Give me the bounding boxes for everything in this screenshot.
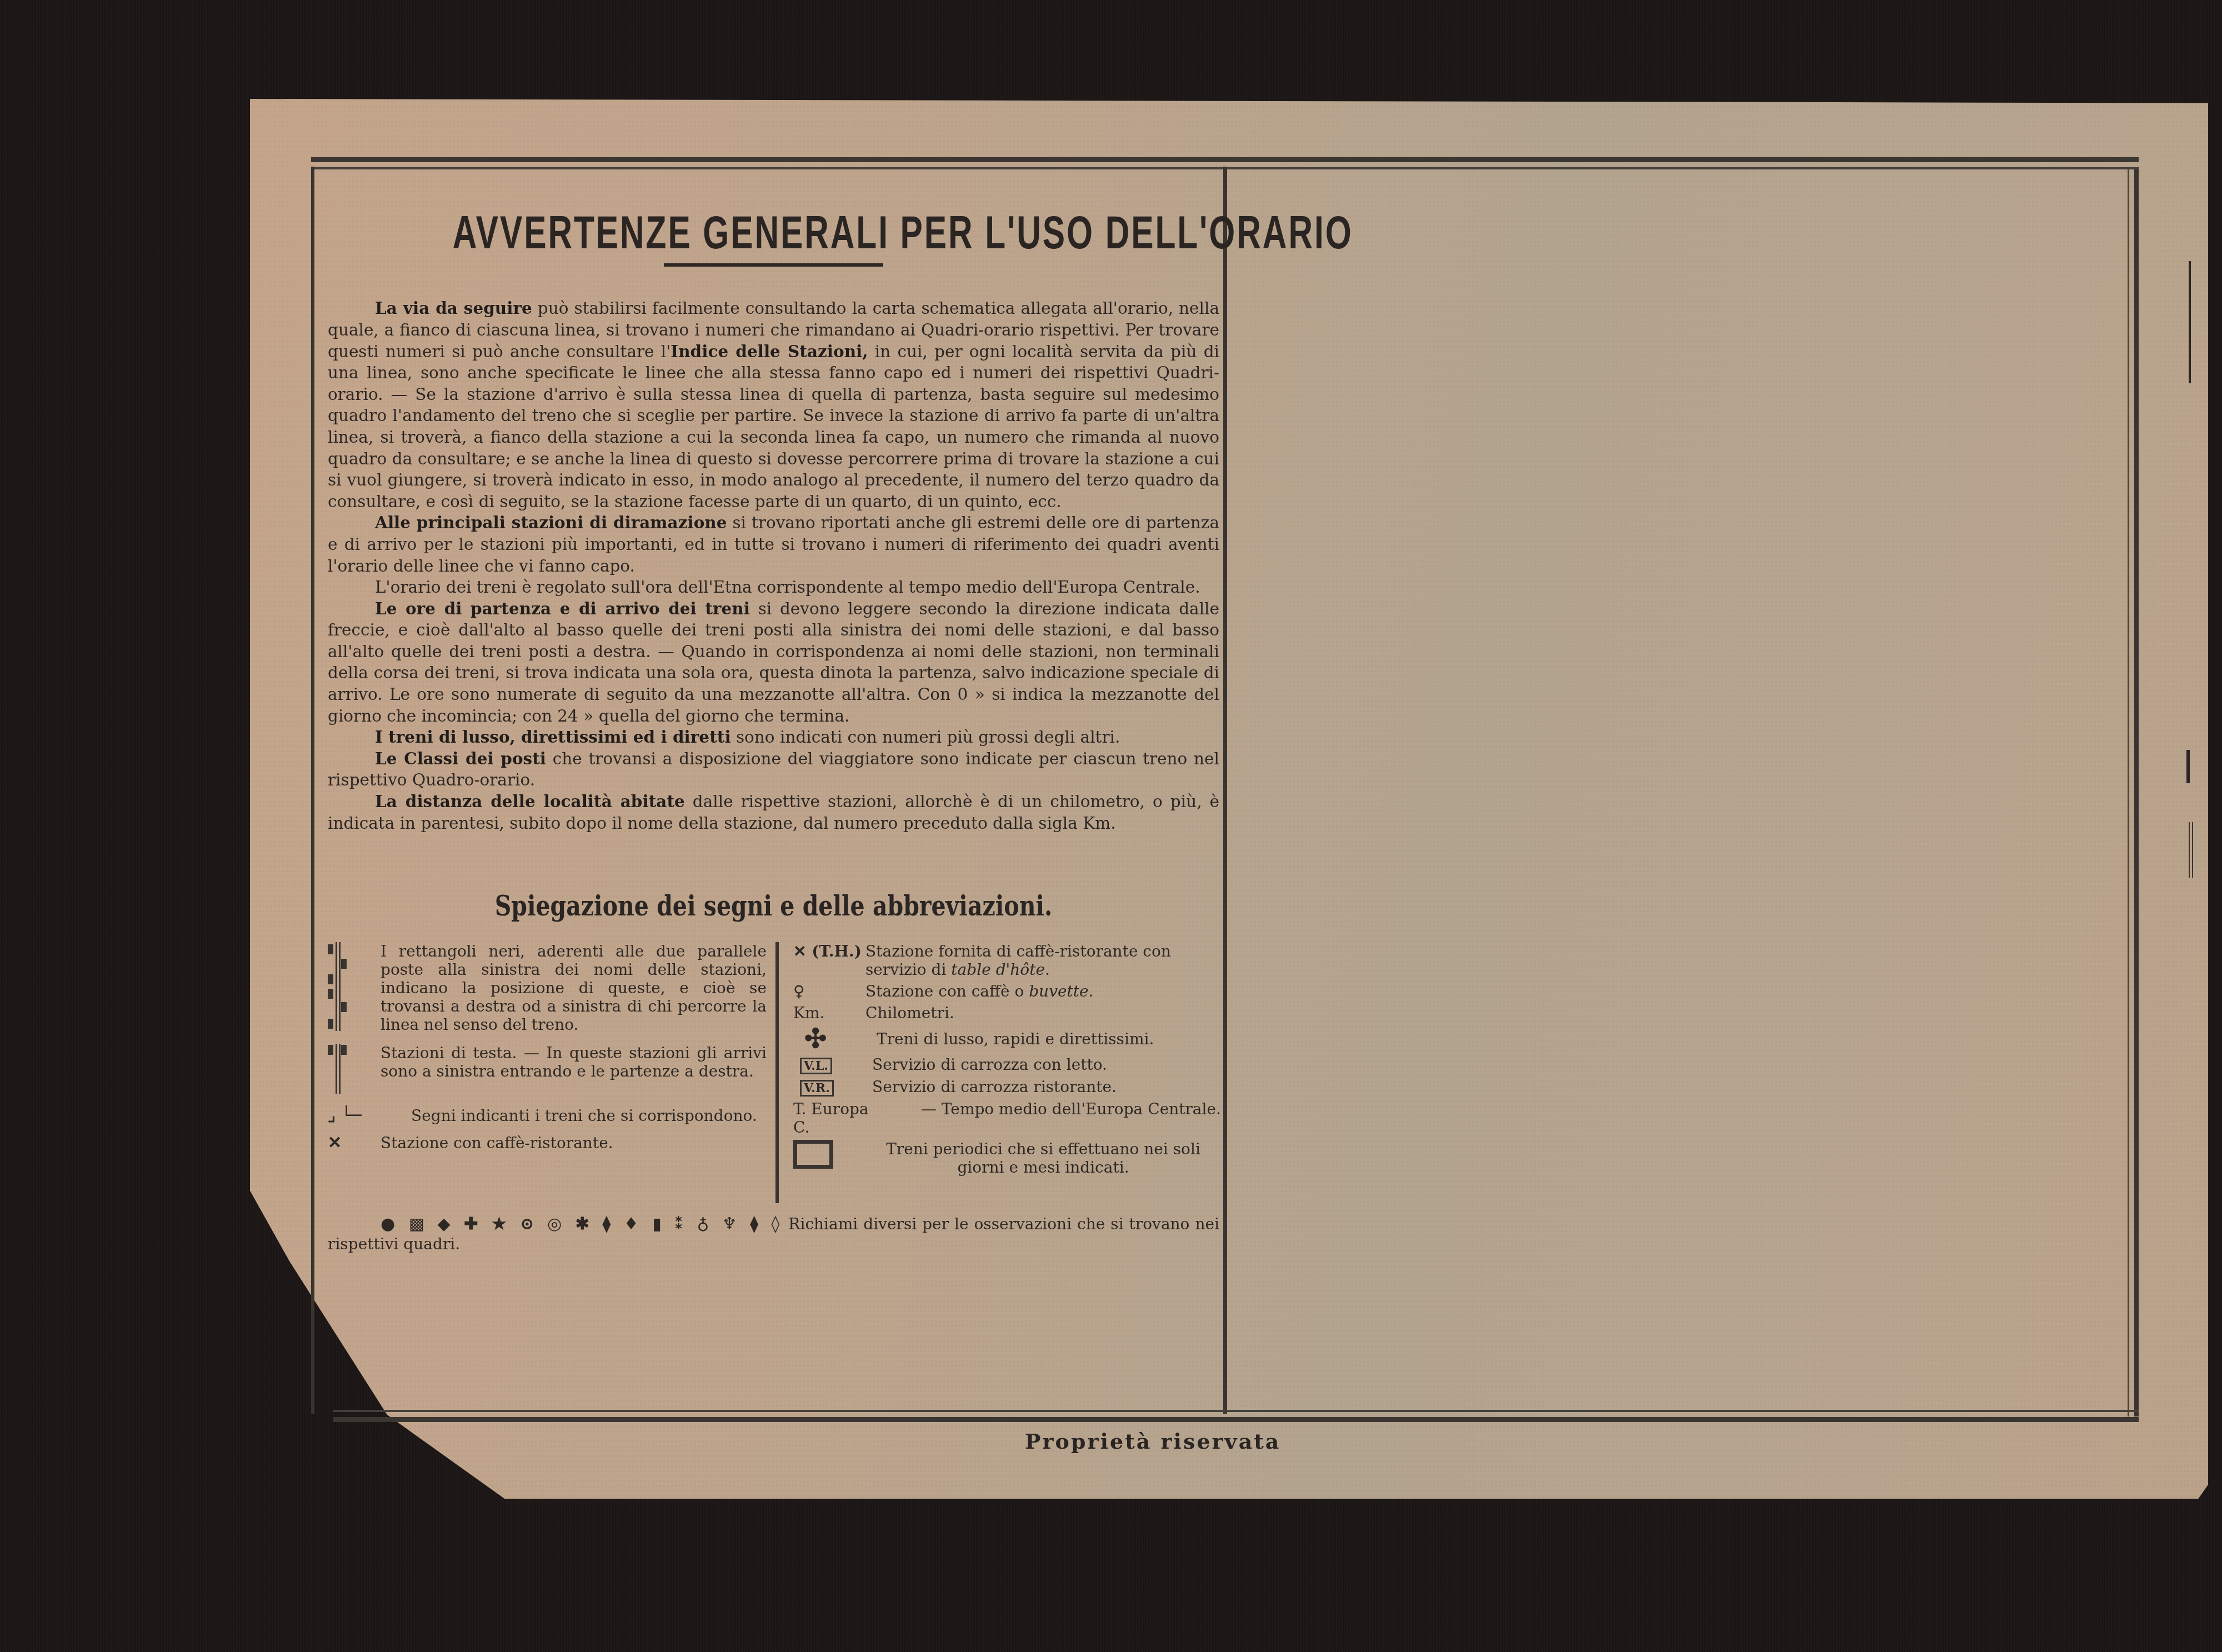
terminal-station-icon	[328, 1044, 381, 1098]
legend-item: V.L. Servizio di carrozza con letto.	[793, 1055, 1221, 1074]
footer-copyright: Proprietà riservata	[1025, 1429, 1280, 1454]
bottom-double-rule	[333, 1410, 2139, 1422]
legend-item: Km. Chilometri.	[793, 1004, 1221, 1022]
legend-description: I rettangoli neri, aderenti alle due par…	[381, 942, 767, 1035]
station-position-bars-icon	[328, 942, 381, 1035]
legend-item: ✕ (T.H.) Stazione fornita di caffè-risto…	[793, 942, 1221, 979]
legend-description: Stazione fornita di caffè-ristorante con…	[865, 942, 1221, 979]
legend-description: Stazione con caffè o buvette.	[865, 982, 1221, 1000]
legend-description: Servizio di carrozza ristorante.	[872, 1078, 1221, 1096]
paragraph-lead: I treni di lusso, direttissimi ed i dire…	[375, 727, 731, 747]
frame-right-border	[2134, 169, 2139, 1416]
legend-item: ✣ Treni di lusso, rapidi e direttissimi.	[793, 1025, 1221, 1052]
paragraph-classi: Le Classi dei posti che trovansi a dispo…	[328, 748, 1219, 791]
legend-item: T. Europa C. — Tempo medio dell'Europa C…	[793, 1100, 1221, 1137]
title-underline	[664, 263, 883, 267]
paragraph-bold: Indice delle Stazioni,	[670, 342, 868, 361]
legend-description: Treni periodici che si effettuano nei so…	[865, 1140, 1221, 1177]
spine-double-line	[2189, 822, 2193, 878]
legend-item: ⌟ └─ Segni indicanti i treni che si corr…	[328, 1107, 767, 1125]
column-divider	[1223, 167, 1227, 1414]
left-column: AVVERTENZE GENERALI PER L'USO DELL'ORARI…	[328, 183, 1219, 1254]
badge-label: V.L.	[800, 1058, 832, 1074]
crossed-cutlery-icon: ✕ (T.H.)	[793, 942, 865, 960]
spine-mark	[2189, 261, 2191, 383]
paragraph-distanza: La distanza delle località abitate dalle…	[328, 791, 1219, 834]
paragraph-lead: La via da seguire	[375, 298, 532, 318]
legend-description: Chilometri.	[865, 1004, 1221, 1022]
page-title: AVVERTENZE GENERALI PER L'USO DELL'ORARI…	[453, 207, 1095, 258]
legend-item: V.R. Servizio di carrozza ristorante.	[793, 1078, 1221, 1097]
empty-box-icon	[793, 1140, 865, 1173]
legend-description: Treni di lusso, rapidi e direttissimi.	[877, 1025, 1221, 1048]
paragraph-via: La via da seguire può stabilirsi facilme…	[328, 298, 1219, 512]
legend-item: ✕ Stazione con caffè-ristorante.	[328, 1134, 767, 1152]
legend-title: Spiegazione dei segni e delle abbreviazi…	[408, 889, 1139, 922]
legend-description: Stazioni di testa. — In queste stazioni …	[381, 1044, 767, 1098]
crossed-cutlery-icon: ✕	[328, 1134, 381, 1152]
paragraph-lead: Alle principali stazioni di diramazione	[375, 513, 727, 532]
paragraph-text: L'orario dei treni è regolato sull'ora d…	[375, 578, 1200, 597]
legend-left-column: I rettangoli neri, aderenti alle due par…	[328, 942, 767, 1161]
legend-description: Segni indicanti i treni che si corrispon…	[411, 1107, 767, 1125]
dining-car-badge: V.R.	[793, 1078, 872, 1097]
paragraph-text: in cui, per ogni località servita da più…	[328, 342, 1219, 511]
legend-item: Treni periodici che si effettuano nei so…	[793, 1140, 1221, 1177]
legend-item: Stazioni di testa. — In queste stazioni …	[328, 1044, 767, 1098]
legend-italic: table d'hôte.	[951, 960, 1050, 979]
europe-time-abbreviation: T. Europa C.	[793, 1100, 888, 1137]
badge-label: V.R.	[800, 1080, 834, 1097]
legend-description: Servizio di carrozza con letto.	[872, 1055, 1221, 1074]
legend-divider	[775, 942, 779, 1203]
legend-description: — Tempo medio dell'Europa Centrale.	[888, 1100, 1221, 1118]
cup-icon: ♀	[793, 982, 865, 1000]
paragraph-lead: Le ore di partenza e di arrivo dei treni	[375, 599, 750, 618]
paragraph-treni-lusso: I treni di lusso, direttissimi ed i dire…	[328, 727, 1219, 748]
legend-item: I rettangoli neri, aderenti alle due par…	[328, 942, 767, 1035]
sleeping-car-badge: V.L.	[793, 1055, 872, 1074]
legend-text: Stazione con caffè o	[865, 982, 1029, 1000]
legend-description: Stazione con caffè-ristorante.	[381, 1134, 767, 1152]
paragraph-lead: Le Classi dei posti	[375, 749, 546, 768]
paragraph-ore: Le ore di partenza e di arrivo dei treni…	[328, 598, 1219, 727]
paragraph-diramazione: Alle principali stazioni di diramazione …	[328, 512, 1219, 577]
km-abbreviation: Km.	[793, 1004, 865, 1022]
legend: I rettangoli neri, aderenti alle due par…	[328, 942, 1219, 1253]
spine-mark	[2186, 750, 2190, 783]
frame-left-border	[311, 167, 314, 1414]
paragraph-text: sono indicati con numeri più grossi degl…	[731, 728, 1120, 747]
paragraph-lead: La distanza delle località abitate	[375, 792, 685, 811]
legend-italic: buvette.	[1029, 982, 1093, 1000]
legend-right-column: ✕ (T.H.) Stazione fornita di caffè-risto…	[793, 942, 1221, 1180]
legend-item: ♀ Stazione con caffè o buvette.	[793, 982, 1221, 1000]
connection-marks-icon: ⌟ └─	[328, 1107, 411, 1125]
winged-wheel-icon: ✣	[793, 1025, 877, 1052]
paragraph-orario: L'orario dei treni è regolato sull'ora d…	[328, 577, 1219, 598]
instructions-body: La via da seguire può stabilirsi facilme…	[328, 298, 1219, 834]
frame-right-inner-border	[2128, 169, 2129, 1416]
